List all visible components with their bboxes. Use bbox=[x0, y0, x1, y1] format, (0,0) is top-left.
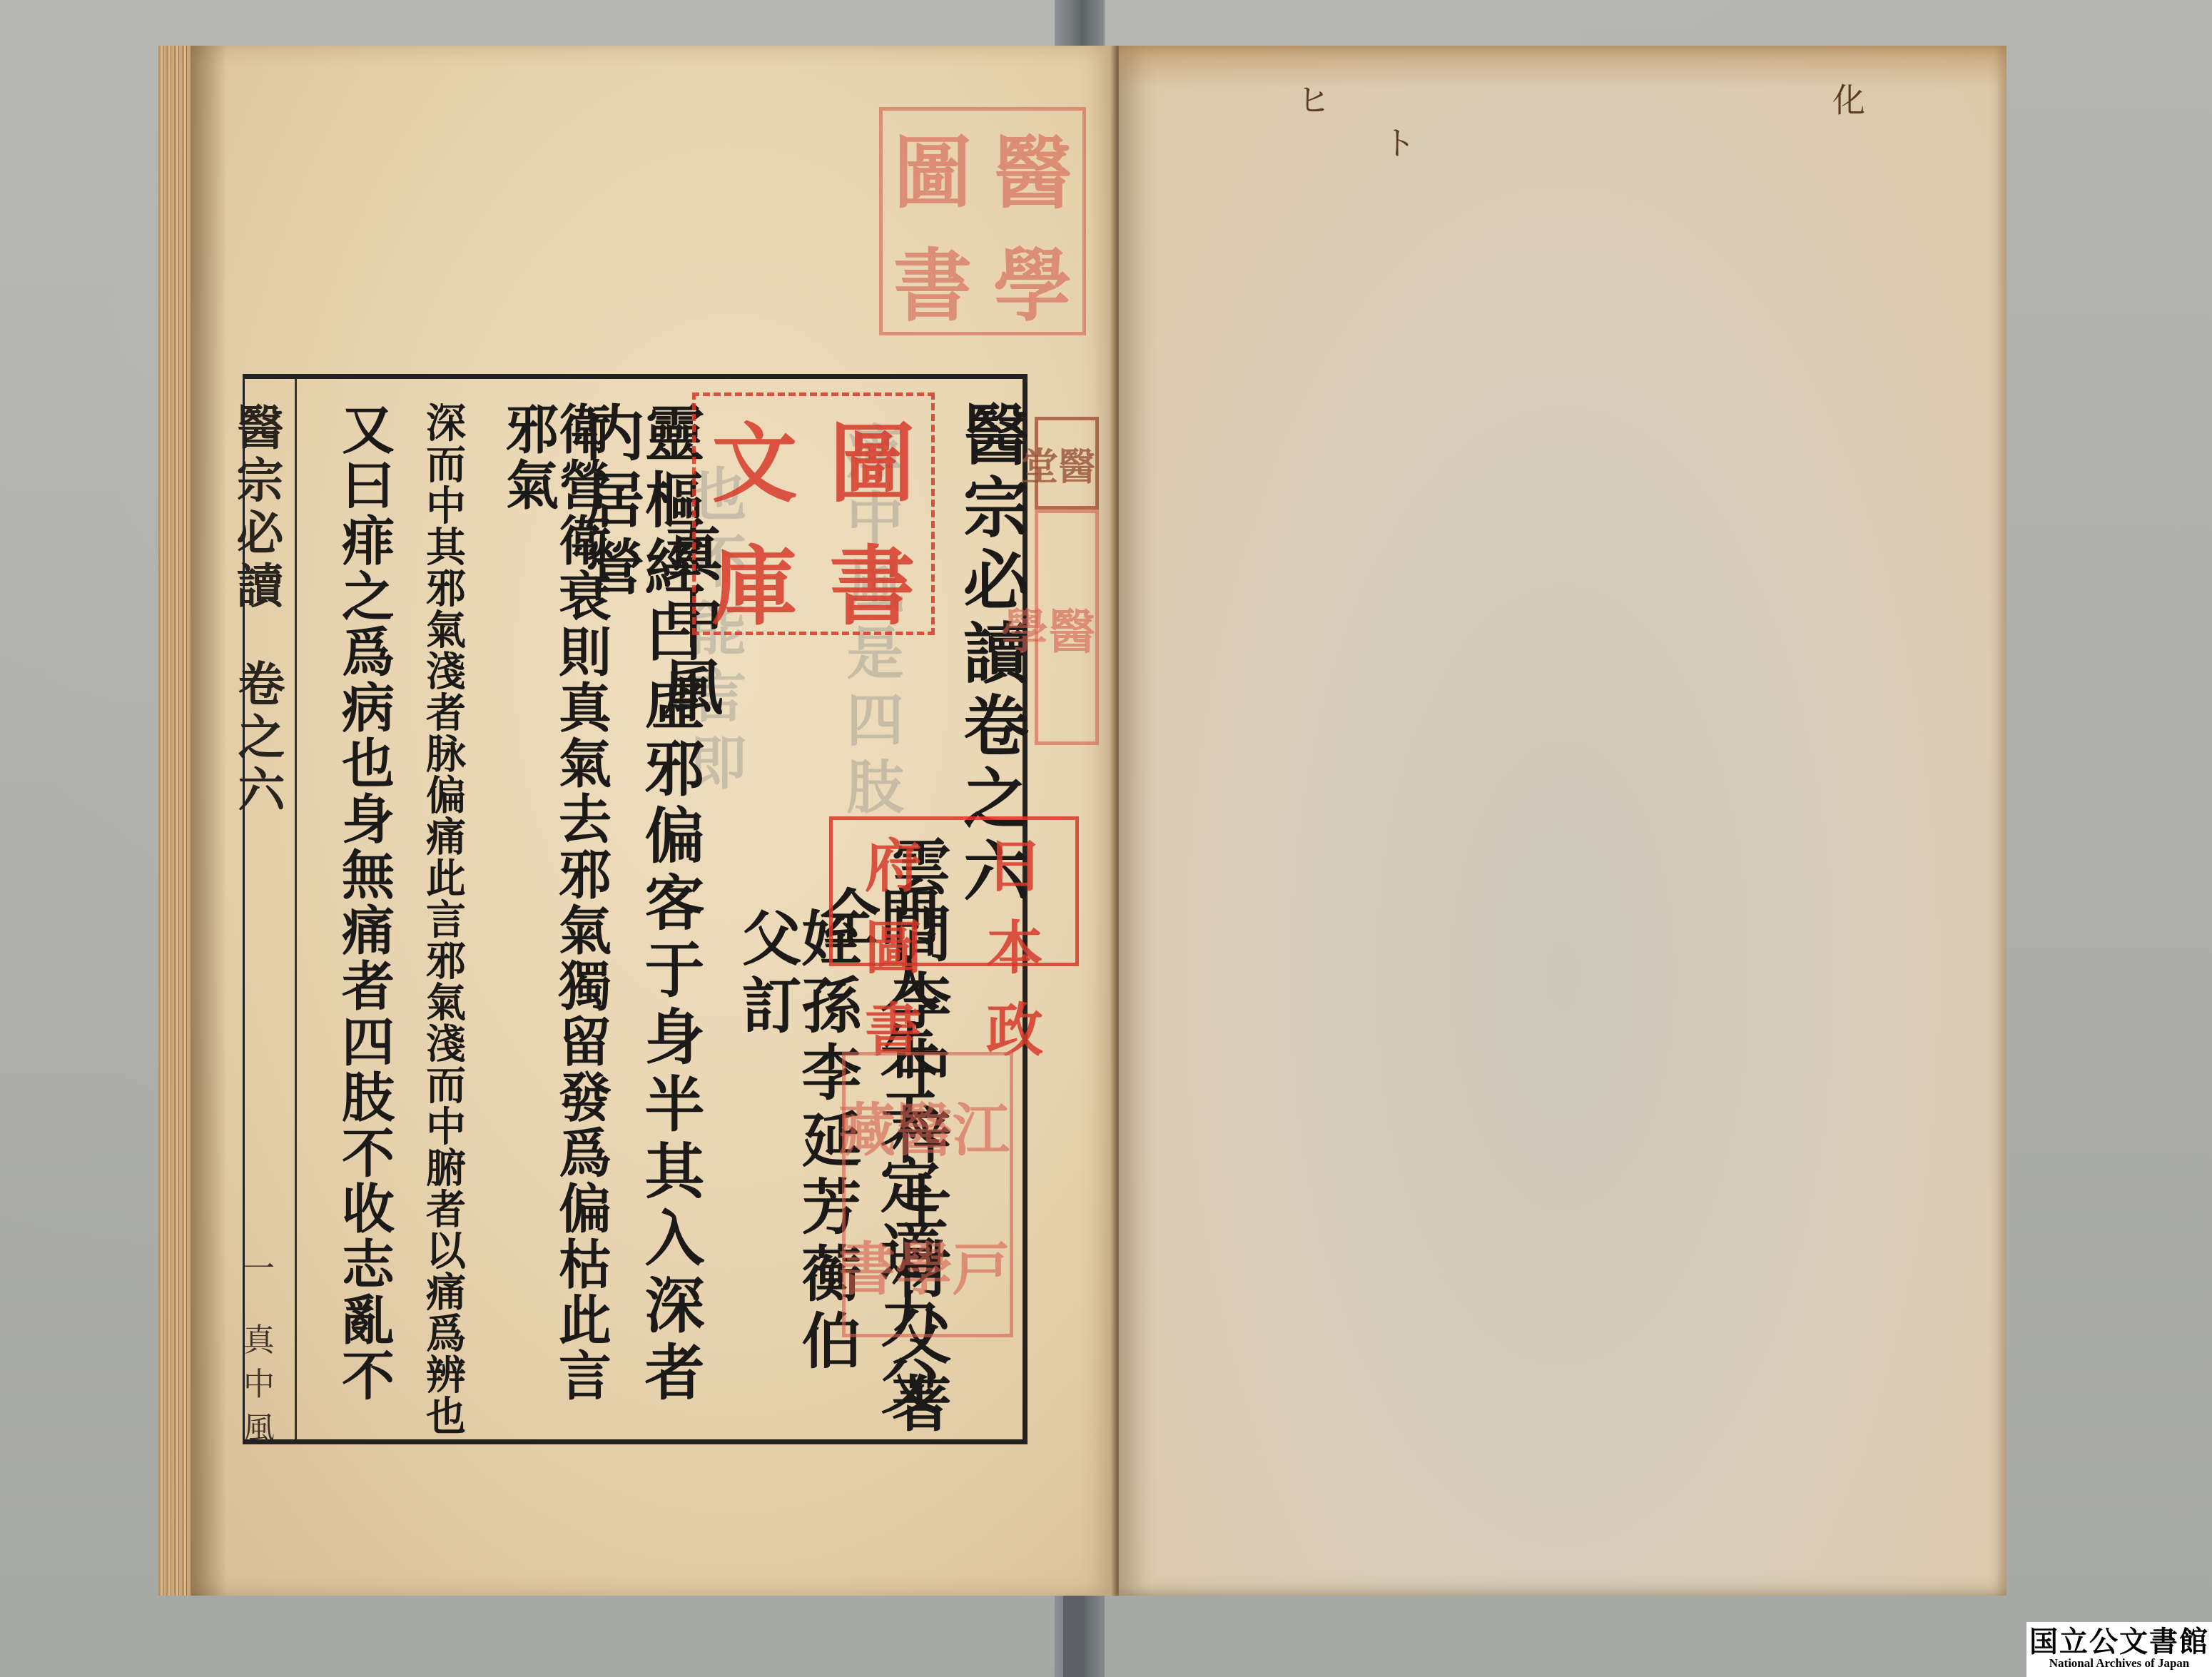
watermark-jp: 国立公文書館 bbox=[2029, 1628, 2209, 1656]
seal-faded-right: 醫 學 bbox=[1035, 510, 1099, 745]
page-edges bbox=[158, 46, 191, 1596]
watermark-en: National Archives of Japan bbox=[2049, 1656, 2190, 1671]
seal-edo-igaku-zosho: 江 戸 醫 學 藏 書 bbox=[842, 1052, 1013, 1337]
seal-igaku-tosho: 醫 學 圖 書 bbox=[879, 107, 1086, 335]
right-page-blank: ヒ ト 化 bbox=[1119, 46, 2006, 1596]
left-page: 醫宗必讀 卷之六 一 真中風 瘅中風是四肢 也不能言即 醫宗必讀卷之六 雲間李中… bbox=[158, 46, 1115, 1596]
seal-nihon-seifu-tosho: 日 本 政 府 圖 書 bbox=[829, 816, 1079, 966]
open-book: 醫宗必讀 卷之六 一 真中風 瘅中風是四肢 也不能言即 醫宗必讀卷之六 雲間李中… bbox=[158, 46, 2006, 1596]
body-column-2: 衛營衛衰則真氣去邪氣獨留發爲偏枯此言邪氣 bbox=[502, 402, 607, 1439]
seal-library-bunko: 圖 書 文 庫 bbox=[692, 392, 935, 635]
pencil-mark: 化 bbox=[1832, 74, 1865, 121]
body-column-3: 深而中其邪氣淺者脉偏痛此言邪氣淺而中腑者以痛爲辨也 bbox=[423, 402, 463, 1437]
pencil-mark: ヒ bbox=[1297, 74, 1330, 121]
seal-brown-hall: 醫 堂 bbox=[1035, 417, 1099, 510]
body-column-4: 又曰痱之爲病也身無痛者四肢不收志亂不 bbox=[338, 402, 390, 1404]
national-archives-watermark: 国立公文書館 National Archives of Japan bbox=[2026, 1622, 2212, 1677]
pencil-mark: ト bbox=[1383, 117, 1416, 164]
block-centre-column bbox=[245, 379, 297, 1439]
